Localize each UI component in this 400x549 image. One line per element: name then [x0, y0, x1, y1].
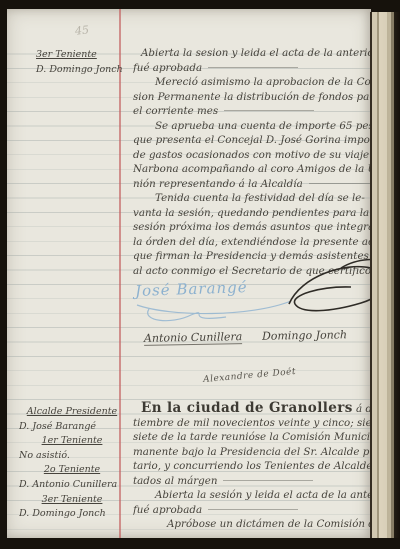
margin-office: 2o Teniente — [19, 463, 125, 478]
book-page-edge — [370, 12, 400, 538]
body-line: tiembre de mil novecientos veinte y cinc… — [133, 416, 379, 431]
body-line: sion Permanente la distribución de fondo… — [133, 90, 379, 105]
signature-cunillera: Antonio Cunillera — [144, 330, 242, 346]
minutes-block-1: Abierta la sesion y leida el acta de la … — [133, 46, 379, 278]
margin-office: 1er Teniente — [19, 434, 125, 449]
body-line: manente bajo la Presidencia del Sr. Alca… — [133, 445, 379, 460]
margin-name: No asistió. — [19, 449, 125, 464]
body-line: Mereció asimismo la aprobacion de la Com… — [133, 75, 379, 90]
body-line-opening: En la ciudad de Granollers á diez de Sep… — [133, 401, 379, 416]
margin-name: D. José Barangé — [19, 420, 125, 435]
session-opening-phrase: En la ciudad de Granollers — [141, 401, 353, 416]
body-line: vanta la sesión, quedando pendientes par… — [133, 206, 379, 221]
body-line: Tenida cuenta la festividad del día se l… — [133, 191, 379, 206]
signature-jonch: Domingo Jonch — [262, 328, 347, 342]
manuscript-photo: 45 3er Teniente D. Domingo Jonch Abierta… — [0, 0, 400, 549]
body-line: Se aprueba una cuenta de importe 65 pese… — [133, 119, 379, 134]
body-line: tario, y concurriendo los Tenientes de A… — [133, 459, 379, 474]
margin-office: Alcalde Presidente — [19, 405, 125, 420]
body-line: la órden del día, extendiéndose la prese… — [133, 235, 379, 250]
body-line: sesión próxima los demás asuntos que int… — [133, 220, 379, 235]
body-line: tados al márgen — [133, 474, 379, 489]
body-line: fué aprobada — [133, 503, 379, 518]
margin-office: 3er Teniente — [19, 493, 125, 508]
margin-name: D. Domingo Jonch — [19, 507, 125, 522]
body-line: nión representando á la Alcaldía — [133, 177, 379, 192]
minutes-block-2: En la ciudad de Granollers á diez de Sep… — [133, 401, 379, 532]
body-line: Apróbose un dictámen de la Comisión de H… — [133, 517, 379, 532]
body-line: el corriente mes — [133, 104, 379, 119]
margin-top-name: D. Domingo Jonch — [36, 63, 123, 78]
body-line: de gastos ocasionados con motivo de su v… — [133, 148, 379, 163]
body-line: que presenta el Concejal D. José Gorina … — [133, 133, 379, 148]
margin-name: D. Antonio Cunillera — [19, 478, 125, 493]
margin-note-top: 3er Teniente D. Domingo Jonch — [36, 48, 123, 77]
signature-blue-flourish — [131, 287, 301, 327]
margin-top-office: 3er Teniente — [36, 48, 123, 63]
body-line: Abierta la sesión y leida el acta de la … — [133, 488, 379, 503]
margin-note-bottom: Alcalde Presidente D. José Barangé 1er T… — [19, 405, 125, 522]
manuscript-page: 45 3er Teniente D. Domingo Jonch Abierta… — [7, 9, 371, 538]
body-line: Narbona acompañando al coro Amigos de la… — [133, 162, 379, 177]
body-line: siete de la tarde reunióse la Comisión M… — [133, 430, 379, 445]
signature-secretary-note: Alexandre de Doét — [203, 367, 297, 385]
body-line: Abierta la sesion y leida el acta de la … — [133, 46, 379, 61]
pencil-page-number: 45 — [74, 23, 89, 37]
body-line: fué aprobada — [133, 61, 379, 76]
